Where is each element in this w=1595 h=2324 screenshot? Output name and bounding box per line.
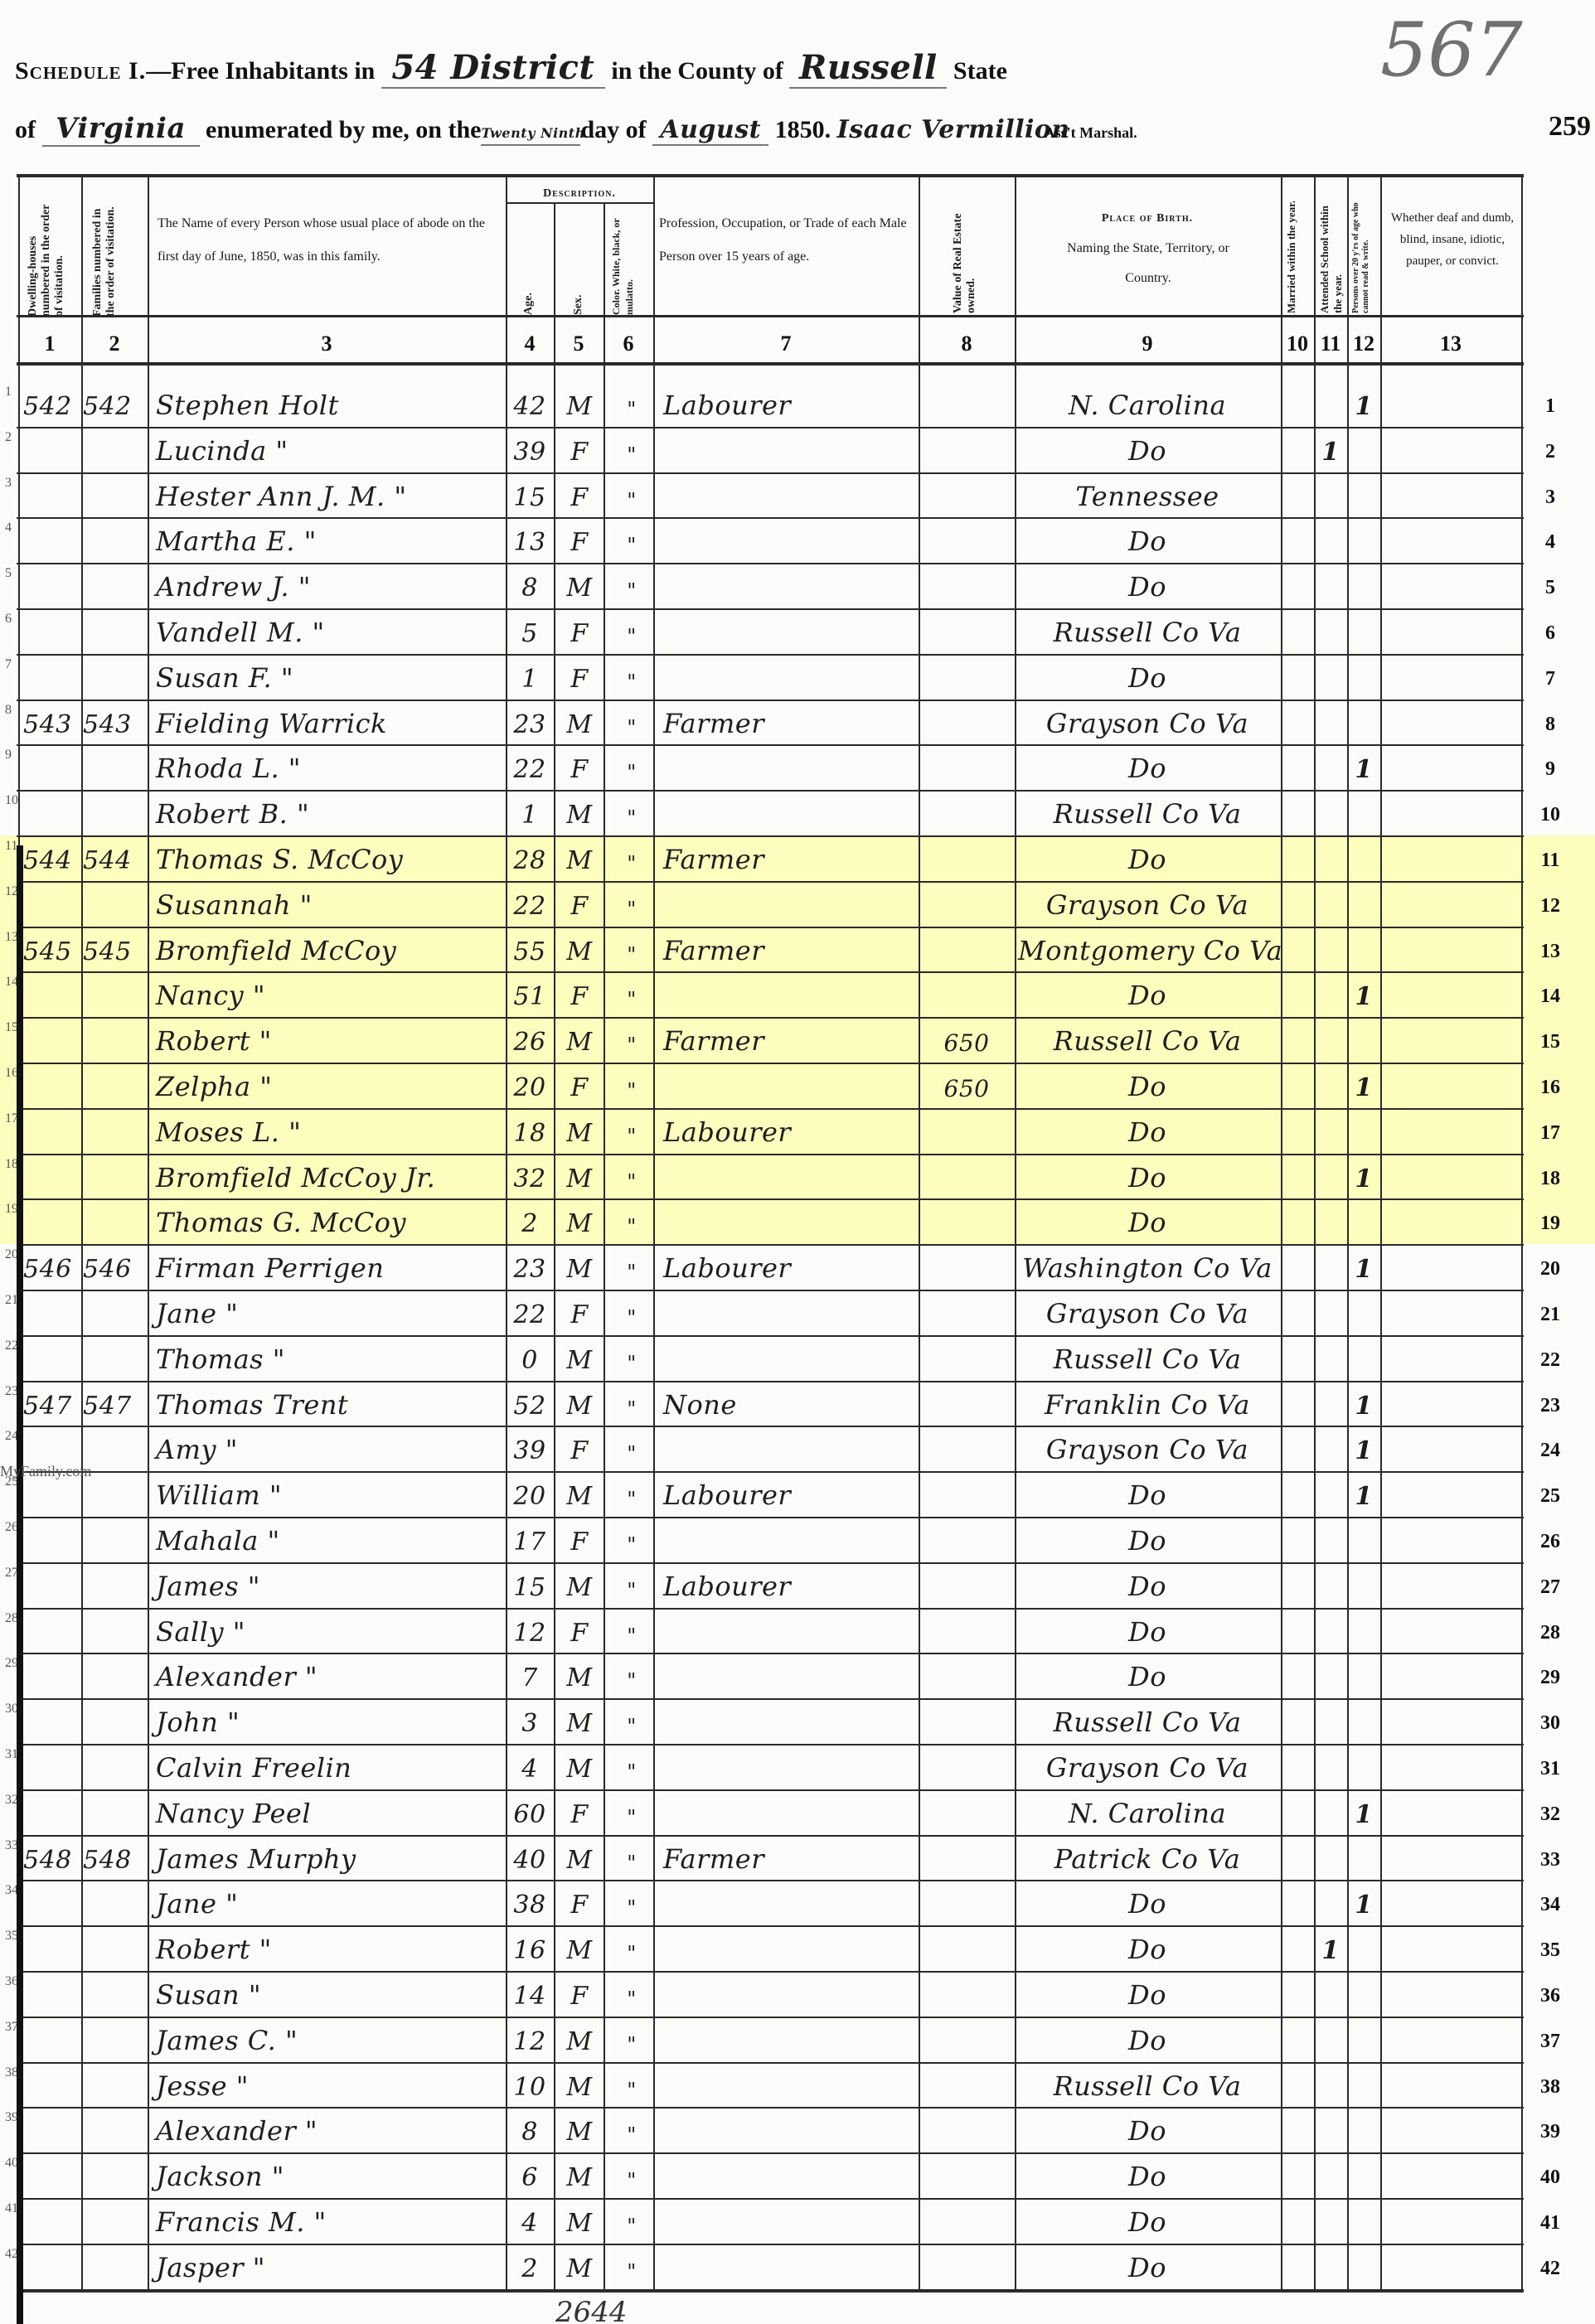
- line-number: 30: [1525, 1712, 1575, 1735]
- person-name: Jasper ": [156, 2252, 504, 2283]
- person-name: Jane ": [156, 1888, 504, 1920]
- birthplace: Do: [1018, 662, 1277, 694]
- sex: F: [557, 528, 602, 557]
- person-name: Nancy Peel: [156, 1798, 504, 1829]
- age: 40: [507, 1846, 552, 1875]
- person-name: Moses L. ": [156, 1116, 504, 1148]
- school-mark: 1: [1316, 1936, 1345, 1965]
- table-row: 24Amy "39F"Grayson Co Va124: [0, 1426, 1595, 1470]
- table-row: 23547547Thomas Trent52M"NoneFranklin Co …: [0, 1381, 1595, 1426]
- line-number: 16: [1525, 1077, 1575, 1099]
- line-number: 7: [1525, 668, 1575, 690]
- color: ": [613, 579, 650, 603]
- county-field: Russell: [789, 48, 947, 89]
- birthplace: Do: [1018, 1162, 1277, 1193]
- color: ": [613, 1352, 650, 1375]
- line-number-left: 8: [5, 703, 12, 718]
- state-field: Virginia: [42, 112, 200, 147]
- color: ": [613, 1806, 650, 1829]
- sex: M: [557, 1028, 602, 1057]
- age: 0: [507, 1346, 552, 1375]
- age: 51: [507, 982, 552, 1011]
- line-number-left: 6: [5, 612, 12, 627]
- sex: F: [557, 1800, 602, 1829]
- color: ": [613, 1533, 650, 1557]
- illiterate-mark: 1: [1349, 1436, 1379, 1465]
- sex: F: [557, 1300, 602, 1329]
- age: 18: [507, 1119, 552, 1148]
- table-row: 14Nancy "51F"Do114: [0, 971, 1595, 1016]
- sex: F: [557, 1528, 602, 1557]
- sex: M: [557, 1709, 602, 1738]
- table-row: 39Alexander "8M"Do39: [0, 2107, 1595, 2152]
- birthplace: Do: [1018, 1979, 1277, 2011]
- person-name: Firman Perrigen: [156, 1252, 504, 1284]
- binding-edge: [17, 845, 23, 2324]
- person-name: James ": [156, 1571, 504, 1602]
- color: ": [613, 2123, 650, 2147]
- birthplace: Do: [1018, 1525, 1277, 1557]
- line-number: 35: [1525, 1939, 1575, 1962]
- age: 14: [507, 1982, 552, 2011]
- color: ": [613, 1442, 650, 1465]
- sex: M: [557, 2254, 602, 2283]
- sex: M: [557, 846, 602, 875]
- header-top-rule: [17, 174, 1524, 177]
- color: ": [613, 761, 650, 784]
- birthplace: Do: [1018, 2161, 1277, 2192]
- age: 3: [507, 1709, 552, 1738]
- birthplace: Grayson Co Va: [1018, 1752, 1277, 1784]
- table-row: 26Mahala "17F"Do26: [0, 1517, 1595, 1561]
- line-number: 15: [1525, 1031, 1575, 1053]
- age: 60: [507, 1800, 552, 1829]
- table-row: 19Thomas G. McCoy2M"Do19: [0, 1198, 1595, 1243]
- age: 13: [507, 528, 552, 557]
- age: 20: [507, 1482, 552, 1511]
- sex: M: [557, 2209, 602, 2238]
- sex: F: [557, 438, 602, 467]
- dwelling-number: 548: [23, 1846, 80, 1875]
- person-name: Robert ": [156, 1025, 504, 1057]
- person-name: Francis M. ": [156, 2206, 504, 2238]
- sex: M: [557, 1164, 602, 1193]
- person-name: Susan ": [156, 1979, 504, 2011]
- line-number: 21: [1525, 1304, 1575, 1326]
- birthplace: Do: [1018, 1888, 1277, 1920]
- line-number-left: 10: [5, 793, 18, 808]
- color: ": [613, 1988, 650, 2011]
- birthplace: N. Carolina: [1018, 1798, 1277, 1829]
- table-row: 38Jesse "10M"Russell Co Va38: [0, 2062, 1595, 2107]
- age: 12: [507, 2027, 552, 2056]
- sex: F: [557, 1619, 602, 1648]
- footer-note: 2644: [555, 2296, 628, 2324]
- district-field: 54 District: [381, 48, 605, 89]
- table-row: 15Robert "26M"Farmer650Russell Co Va15: [0, 1017, 1595, 1062]
- birthplace: Do: [1018, 435, 1277, 467]
- line-number: 4: [1525, 531, 1575, 554]
- birthplace: Do: [1018, 2115, 1277, 2147]
- sex: F: [557, 1073, 602, 1102]
- line-number-left: 9: [5, 748, 12, 763]
- table-row: 7Susan F. "1F"Do7: [0, 654, 1595, 699]
- color: ": [613, 2079, 650, 2102]
- table-row: 40Jackson "6M"Do40: [0, 2152, 1595, 2197]
- illiterate-mark: 1: [1349, 1073, 1379, 1102]
- table-row: 12Susannah "22F"Grayson Co Va12: [0, 881, 1595, 926]
- illiterate-mark: 1: [1349, 1392, 1379, 1421]
- line-number: 40: [1525, 2167, 1575, 2189]
- line-number: 32: [1525, 1804, 1575, 1826]
- birthplace: Russell Co Va: [1018, 1707, 1277, 1738]
- color: ": [613, 625, 650, 648]
- birthplace: Do: [1018, 1207, 1277, 1238]
- person-name: William ": [156, 1479, 504, 1511]
- family-number: 546: [83, 1255, 146, 1284]
- illiterate-mark: 1: [1349, 392, 1379, 421]
- person-name: Bromfield McCoy Jr.: [156, 1162, 504, 1193]
- line-number: 2: [1525, 441, 1575, 463]
- age: 32: [507, 1164, 552, 1193]
- header-col1: Dwelling-houses numbered in the order of…: [27, 192, 66, 317]
- person-name: Martha E. ": [156, 525, 504, 557]
- schedule-title-line-1: Schedule I.—Free Inhabitants in 54 Distr…: [15, 48, 1007, 89]
- sex: M: [557, 1209, 602, 1238]
- line-number: 39: [1525, 2121, 1575, 2143]
- color: ": [613, 489, 650, 512]
- occupation: Labourer: [663, 390, 912, 421]
- line-number: 22: [1525, 1349, 1575, 1372]
- line-number: 24: [1525, 1440, 1575, 1462]
- sex: M: [557, 1392, 602, 1421]
- column-number: 7: [765, 332, 807, 356]
- person-name: James Murphy: [156, 1843, 504, 1875]
- line-number: 14: [1525, 985, 1575, 1008]
- birthplace: Do: [1018, 2206, 1277, 2238]
- person-name: Bromfield McCoy: [156, 935, 504, 966]
- person-name: John ": [156, 1707, 504, 1738]
- table-bottom-rule: [17, 2289, 1524, 2293]
- age: 8: [507, 2118, 552, 2147]
- real-estate-value: 650: [922, 1029, 1011, 1057]
- occupation: Labourer: [663, 1252, 912, 1284]
- real-estate-value: 650: [922, 1075, 1011, 1102]
- age: 4: [507, 2209, 552, 2238]
- table-row: 37James C. "12M"Do37: [0, 2017, 1595, 2061]
- age: 1: [507, 665, 552, 694]
- header-description: Description.: [506, 184, 653, 204]
- sex: M: [557, 1936, 602, 1965]
- color: ": [613, 988, 650, 1011]
- header-col2: Families numbered in the order of visita…: [91, 192, 118, 317]
- title-text: in the County of: [611, 57, 783, 85]
- header-col10: Married within the year.: [1285, 189, 1298, 313]
- line-number: 23: [1525, 1395, 1575, 1417]
- person-name: Rhoda L. ": [156, 753, 504, 784]
- table-row: 31Calvin Freelin4M"Grayson Co Va31: [0, 1744, 1595, 1789]
- age: 23: [507, 1255, 552, 1284]
- dwelling-number: 547: [23, 1392, 80, 1421]
- color: ": [613, 852, 650, 875]
- table-row: 36Susan "14F"Do36: [0, 1971, 1595, 2016]
- age: 39: [507, 1436, 552, 1465]
- sex: F: [557, 892, 602, 921]
- line-number: 27: [1525, 1576, 1575, 1599]
- birthplace: Franklin Co Va: [1018, 1389, 1277, 1421]
- table-row: 10Robert B. "1M"Russell Co Va10: [0, 790, 1595, 835]
- line-number: 36: [1525, 1985, 1575, 2007]
- header-col9-title: Place of Birth.: [1018, 209, 1277, 229]
- line-number: 13: [1525, 941, 1575, 963]
- color: ": [613, 2033, 650, 2056]
- color: ": [613, 2260, 650, 2283]
- line-number: 5: [1525, 577, 1575, 599]
- illiterate-mark: 1: [1349, 982, 1379, 1011]
- color: ": [613, 1125, 650, 1148]
- birthplace: Do: [1018, 1616, 1277, 1648]
- day-field: Twenty Ninth: [481, 116, 580, 146]
- person-name: Robert B. ": [156, 798, 504, 830]
- age: 7: [507, 1663, 552, 1692]
- sex: M: [557, 1119, 602, 1148]
- color: ": [613, 1852, 650, 1875]
- birthplace: Do: [1018, 980, 1277, 1011]
- sex: M: [557, 1346, 602, 1375]
- sex: M: [557, 2027, 602, 2056]
- header-col9: Naming the State, Territory, or Country.: [1045, 234, 1252, 293]
- sex: M: [557, 1573, 602, 1602]
- illiterate-mark: 1: [1349, 1164, 1379, 1193]
- color: ": [613, 671, 650, 694]
- line-number: 1: [1525, 395, 1575, 418]
- table-row: 20546546Firman Perrigen23M"LabourerWashi…: [0, 1244, 1595, 1289]
- table-row: 11544544Thomas S. McCoy28M"FarmerDo11: [0, 835, 1595, 880]
- table-row: 27James "15M"LabourerDo27: [0, 1562, 1595, 1607]
- occupation: Farmer: [663, 935, 912, 966]
- header-sex: Sex.: [572, 249, 585, 315]
- marshal-label: Ass't Marshal.: [1045, 124, 1137, 141]
- sex: M: [557, 2118, 602, 2147]
- occupation: Farmer: [663, 844, 912, 875]
- dwelling-number: 546: [23, 1255, 80, 1284]
- table-row: 42Jasper "2M"Do42: [0, 2244, 1595, 2288]
- age: 52: [507, 1392, 552, 1421]
- sex: F: [557, 1891, 602, 1920]
- column-number: 3: [306, 332, 347, 356]
- page-number: 259: [1549, 111, 1591, 143]
- month-field: August: [652, 115, 768, 146]
- table-row: 16Zelpha "20F"650Do116: [0, 1063, 1595, 1107]
- table-row: 13545545Bromfield McCoy55M"FarmerMontgom…: [0, 927, 1595, 971]
- title-text: of: [15, 116, 36, 143]
- person-name: Susan F. ": [156, 662, 504, 694]
- dwelling-number: 543: [23, 710, 80, 739]
- table-row: 6Vandell M. "5F"Russell Co Va6: [0, 608, 1595, 653]
- school-mark: 1: [1316, 438, 1345, 467]
- person-name: Jackson ": [156, 2161, 504, 2192]
- person-name: Alexander ": [156, 2115, 504, 2147]
- birthplace: Russell Co Va: [1018, 617, 1277, 648]
- line-number: 38: [1525, 2076, 1575, 2099]
- sex: M: [557, 2163, 602, 2192]
- person-name: Jesse ": [156, 2070, 504, 2102]
- column-number: 9: [1127, 332, 1168, 356]
- person-name: Vandell M. ": [156, 617, 504, 648]
- line-number: 17: [1525, 1122, 1575, 1145]
- table-row: 1542542Stephen Holt42M"LabourerN. Caroli…: [0, 381, 1595, 426]
- birthplace: Patrick Co Va: [1018, 1843, 1277, 1875]
- dwelling-number: 544: [23, 846, 80, 875]
- birthplace: Do: [1018, 1934, 1277, 1965]
- header-bottom-rule: [17, 315, 1524, 317]
- person-name: Andrew J. ": [156, 571, 504, 603]
- age: 4: [507, 1755, 552, 1784]
- header-col3: The Name of every Person whose usual pla…: [158, 207, 497, 274]
- color: ": [613, 2169, 650, 2192]
- color: ": [613, 1896, 650, 1920]
- table-row: 17Moses L. "18M"LabourerDo17: [0, 1108, 1595, 1153]
- column-number: 6: [608, 332, 649, 356]
- birthplace: Grayson Co Va: [1018, 1434, 1277, 1465]
- line-number: 19: [1525, 1213, 1575, 1235]
- line-number: 34: [1525, 1894, 1575, 1916]
- table-row: 3Hester Ann J. M. "15F"Tennessee3: [0, 472, 1595, 517]
- color: ": [613, 443, 650, 467]
- sex: M: [557, 937, 602, 966]
- title-text: State: [953, 57, 1007, 85]
- age: 23: [507, 710, 552, 739]
- column-number-rule: [17, 362, 1524, 366]
- birthplace: Do: [1018, 753, 1277, 784]
- person-name: Jane ": [156, 1298, 504, 1329]
- sex: M: [557, 2073, 602, 2102]
- color: ": [613, 806, 650, 830]
- line-number-left: 4: [5, 520, 12, 535]
- birthplace: Russell Co Va: [1018, 1025, 1277, 1057]
- age: 6: [507, 2163, 552, 2192]
- sex: F: [557, 619, 602, 648]
- birthplace: N. Carolina: [1018, 390, 1277, 421]
- age: 16: [507, 1936, 552, 1965]
- line-number: 37: [1525, 2031, 1575, 2053]
- person-name: Hester Ann J. M. ": [156, 481, 504, 512]
- sex: F: [557, 1436, 602, 1465]
- marshal-signature: Isaac Vermillion: [837, 115, 1045, 144]
- age: 12: [507, 1619, 552, 1648]
- column-number: 12: [1343, 332, 1384, 356]
- header-col12: Persons over 20 y'rs of age who cannot r…: [1351, 189, 1371, 313]
- occupation: Farmer: [663, 1025, 912, 1057]
- birthplace: Montgomery Co Va: [1018, 935, 1277, 966]
- sex: M: [557, 1663, 602, 1692]
- table-row: 33548548James Murphy40M"FarmerPatrick Co…: [0, 1835, 1595, 1880]
- person-name: Thomas Trent: [156, 1389, 504, 1421]
- color: ": [613, 1624, 650, 1648]
- occupation: Labourer: [663, 1571, 912, 1602]
- line-number: 29: [1525, 1667, 1575, 1689]
- person-name: Thomas S. McCoy: [156, 844, 504, 875]
- line-number: 3: [1525, 487, 1575, 509]
- line-number: 31: [1525, 1758, 1575, 1780]
- dwelling-number: 542: [23, 392, 80, 421]
- age: 22: [507, 892, 552, 921]
- birthplace: Do: [1018, 1479, 1277, 1511]
- table-row: 41Francis M. "4M"Do41: [0, 2198, 1595, 2243]
- line-number: 11: [1525, 850, 1575, 872]
- person-name: Calvin Freelin: [156, 1752, 504, 1784]
- table-row: 35Robert "16M"Do135: [0, 1925, 1595, 1970]
- occupation: Farmer: [663, 708, 912, 739]
- family-number: 547: [83, 1392, 146, 1421]
- table-row: 4Martha E. "13F"Do4: [0, 517, 1595, 562]
- color: ": [613, 1579, 650, 1602]
- sex: M: [557, 1846, 602, 1875]
- person-name: Thomas ": [156, 1344, 504, 1375]
- person-name: Amy ": [156, 1434, 504, 1465]
- birthplace: Russell Co Va: [1018, 1344, 1277, 1375]
- color: ": [613, 2215, 650, 2238]
- table-row: 2Lucinda "39F"Do12: [0, 427, 1595, 472]
- line-number-left: 5: [5, 566, 12, 581]
- color: ": [613, 1306, 650, 1329]
- age: 2: [507, 1209, 552, 1238]
- table-row: 25William "20M"LabourerDo125: [0, 1471, 1595, 1516]
- line-number: 9: [1525, 758, 1575, 781]
- person-name: Thomas G. McCoy: [156, 1207, 504, 1238]
- table-row: 29Alexander "7M"Do29: [0, 1653, 1595, 1697]
- birthplace: Do: [1018, 571, 1277, 603]
- header-col11: Attended School within the year.: [1318, 189, 1345, 313]
- color: ": [613, 1488, 650, 1511]
- person-name: Alexander ": [156, 1661, 504, 1692]
- age: 15: [507, 483, 552, 512]
- color: ": [613, 1669, 650, 1692]
- illiterate-mark: 1: [1349, 1800, 1379, 1829]
- header-col7: Profession, Occupation, or Trade of each…: [659, 207, 908, 274]
- color: ": [613, 898, 650, 921]
- line-number: 20: [1525, 1258, 1575, 1281]
- birthplace: Russell Co Va: [1018, 2070, 1277, 2102]
- sex: F: [557, 755, 602, 784]
- birthplace: Do: [1018, 2025, 1277, 2056]
- person-name: Sally ": [156, 1616, 504, 1648]
- person-name: Nancy ": [156, 980, 504, 1011]
- birthplace: Do: [1018, 1571, 1277, 1602]
- age: 22: [507, 755, 552, 784]
- table-row: 30John "3M"Russell Co Va30: [0, 1698, 1595, 1743]
- occupation: None: [663, 1389, 912, 1421]
- age: 26: [507, 1028, 552, 1057]
- color: ": [613, 1170, 650, 1193]
- table-row: 8543543Fielding Warrick23M"FarmerGrayson…: [0, 700, 1595, 744]
- sex: M: [557, 574, 602, 603]
- person-name: James C. ": [156, 2025, 504, 2056]
- header-col13: Whether deaf and dumb, blind, insane, id…: [1386, 207, 1519, 272]
- occupation: Labourer: [663, 1116, 912, 1148]
- sex: M: [557, 710, 602, 739]
- schedule-title-line-2: of Virginia enumerated by me, on theTwen…: [15, 112, 1137, 147]
- person-name: Robert ": [156, 1934, 504, 1965]
- person-name: Stephen Holt: [156, 390, 504, 421]
- family-number: 544: [83, 846, 146, 875]
- color: ": [613, 716, 650, 739]
- column-number: 2: [94, 332, 135, 356]
- birthplace: Russell Co Va: [1018, 798, 1277, 830]
- color: ": [613, 534, 650, 557]
- table-row: 9Rhoda L. "22F"Do19: [0, 744, 1595, 789]
- age: 28: [507, 846, 552, 875]
